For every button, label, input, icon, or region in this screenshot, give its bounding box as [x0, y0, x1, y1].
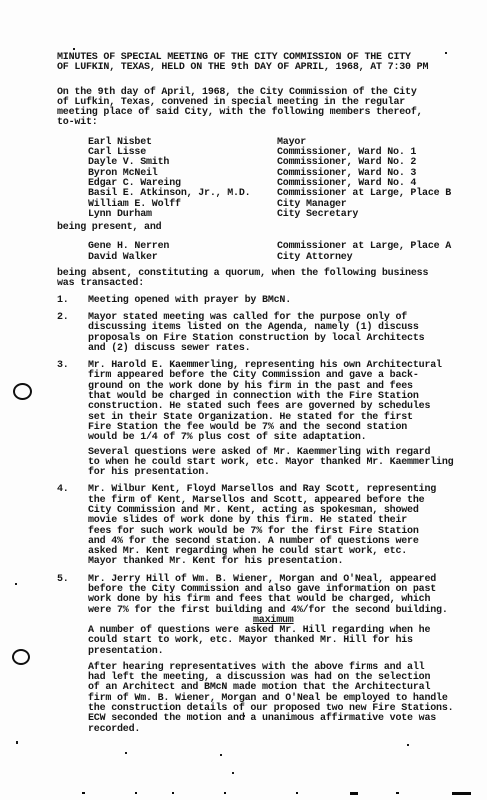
closing-paragraph: After hearing representatives with the a… — [88, 663, 465, 735]
scan-speck — [16, 741, 18, 744]
item-paragraph: Mr. Wilbur Kent, Floyd Marsellos and Ray… — [88, 485, 465, 567]
item-paragraph: Mr. Harold E. Kaemmerling, representing … — [88, 361, 465, 443]
minutes-item-5: 5. Mr. Jerry Hill of Wm. B. Wiener, Morg… — [57, 575, 465, 657]
minutes-items: 1. Meeting opened with prayer by BMcN. 2… — [57, 296, 465, 657]
scan-edge-mark — [396, 792, 399, 794]
scan-edge-mark — [296, 792, 298, 794]
scan-speck — [232, 772, 234, 774]
scan-edge-mark — [350, 792, 358, 795]
intro-paragraph: On the 9th day of April, 1968, the City … — [57, 88, 465, 129]
punch-hole — [13, 383, 32, 400]
punch-hole — [12, 649, 30, 665]
scan-edge-mark — [224, 792, 226, 794]
item-paragraph: Mayor stated meeting was called for the … — [88, 313, 465, 354]
scanned-minutes-page: MINUTES OF SPECIAL MEETING OF THE CITY C… — [0, 0, 487, 800]
minutes-item-4: 4. Mr. Wilbur Kent, Floyd Marsellos and … — [57, 485, 465, 567]
minutes-item-3: 3. Mr. Harold E. Kaemmerling, representi… — [57, 361, 465, 478]
scan-speck — [125, 752, 127, 754]
attendee-roster: Earl Nisbet Mayor Carl Lisse Commissione… — [88, 138, 465, 220]
minutes-item-1: 1. Meeting opened with prayer by BMcN. — [57, 296, 465, 306]
roster-row: Lynn Durham City Secretary — [88, 210, 465, 220]
scan-speck — [445, 52, 447, 54]
item-number: 3. — [57, 361, 88, 478]
scan-edge-mark — [452, 792, 471, 795]
document-content: MINUTES OF SPECIAL MEETING OF THE CITY C… — [57, 53, 465, 735]
attendee-name: Lynn Durham — [88, 210, 277, 220]
item-paragraph: Meeting opened with prayer by BMcN. — [88, 296, 465, 306]
absentee-role: City Attorney — [277, 253, 352, 263]
item-number: 2. — [57, 313, 88, 354]
roster-row: David Walker City Attorney — [88, 253, 465, 263]
absentee-roster: Gene H. Nerren Commissioner at Large, Pl… — [88, 242, 465, 263]
document-title: MINUTES OF SPECIAL MEETING OF THE CITY C… — [57, 53, 465, 74]
item-paragraph: Mr. Jerry Hill of Wm. B. Wiener, Morgan … — [88, 575, 465, 616]
present-note: being present, and — [57, 223, 465, 233]
typed-insertion-correction: maximum — [253, 616, 465, 625]
attendee-role: City Secretary — [277, 210, 358, 220]
scan-speck — [220, 754, 222, 756]
item-paragraph: Several questions were asked of Mr. Kaem… — [88, 448, 465, 479]
scan-speck — [243, 715, 245, 717]
item-number: 1. — [57, 296, 88, 306]
absentee-name: David Walker — [88, 253, 277, 263]
scan-edge-mark — [82, 792, 85, 794]
scan-edge-mark — [172, 792, 174, 794]
item-paragraph: A number of questions were asked Mr. Hil… — [88, 626, 465, 657]
scan-speck — [15, 583, 17, 585]
quorum-note: being absent, constituting a quorum, whe… — [57, 269, 465, 290]
minutes-item-2: 2. Mayor stated meeting was called for t… — [57, 313, 465, 354]
scan-speck — [73, 48, 75, 50]
item-number: 5. — [57, 575, 88, 657]
item-number: 4. — [57, 485, 88, 567]
scan-edge-mark — [135, 792, 137, 794]
scan-speck — [407, 744, 409, 746]
